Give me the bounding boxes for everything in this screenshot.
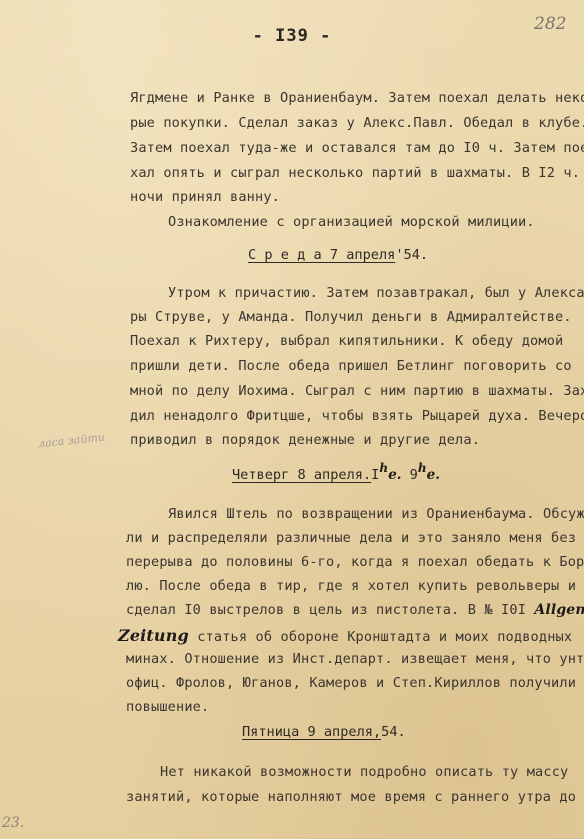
text-line: рые покупки. Сделал заказ у Алекс.Павл. … <box>130 115 584 131</box>
document-page: - I39 - 282 ласа зайти 23. Ягдмене и Ран… <box>0 0 584 839</box>
text-line: Нет никакой возможности подробно описать… <box>160 764 568 780</box>
text-line: повышение. <box>126 699 209 715</box>
text-line: Ягдмене и Ранке в Ораниенбаум. Затем пое… <box>130 90 584 106</box>
text-line: офиц. Фролов, Юганов, Камеров и Степ.Кир… <box>126 675 576 691</box>
text-line: Утром к причастию. Затем позавтракал, бы… <box>168 285 584 301</box>
handwritten-superscript: h <box>418 461 427 475</box>
text-line: Zeitung статья об обороне Кронштадта и м… <box>118 626 572 645</box>
text-line: сделал I0 выстрелов в цель из пистолета.… <box>126 602 584 618</box>
text-line: дил ненадолго Фритцше, чтобы взять Рыцар… <box>130 408 584 424</box>
entry-heading-thursday: Четверг 8 апреля. Ihe. 9he. <box>232 467 440 483</box>
handwritten-insert-allgem: Allgem- <box>534 602 584 618</box>
text-line: Ознакомление с организацией морской мили… <box>168 214 535 230</box>
margin-bleed-through-note: ласа зайти <box>38 431 106 451</box>
text-line: мной по делу Иохима. Сыграл с ним партию… <box>130 383 584 399</box>
corner-handwritten-note: 23. <box>2 815 24 831</box>
heading-time-2: 9 <box>401 467 417 483</box>
text-line: ночи принял ванну. <box>130 189 280 205</box>
text-line: лю. После обеда в тир, где я хотел купит… <box>126 578 576 594</box>
text-line: занятий, которые наполняют мое время с р… <box>126 789 576 805</box>
text-line: хал опять и сыграл несколько партий в ша… <box>130 165 580 181</box>
entry-heading-friday: Пятница 9 апреля, 54. <box>242 724 406 740</box>
heading-date: Четверг 8 апреля. <box>232 467 371 483</box>
text-line: Затем поехал туда-же и оставался там до … <box>130 140 584 156</box>
heading-date: С р е д а 7 апреля <box>248 247 395 263</box>
handwritten-superscript: h <box>379 461 388 475</box>
text-line: Поехал к Рихтеру, выбрал кипятильники. К… <box>130 333 563 349</box>
text-line: минах. Отношение из Инст.департ. извещае… <box>126 651 584 667</box>
page-number: - I39 - <box>0 26 584 46</box>
text-line: ли и распределяли различные дела и это з… <box>126 530 576 546</box>
heading-year: '54. <box>395 247 428 263</box>
heading-year: 54. <box>381 724 406 740</box>
handwritten-insert-zeitung: Zeitung <box>118 626 189 645</box>
entry-heading-wednesday: С р е д а 7 апреля '54. <box>248 247 428 263</box>
text-line: приводил в порядок денежные и другие дел… <box>130 432 480 448</box>
text-line: пришли дети. После обеда пришел Бетлинг … <box>130 358 572 374</box>
text-line: ры Струве, у Аманда. Получил деньги в Ад… <box>130 309 572 325</box>
text-line: Явился Штель по возвращении из Ораниенба… <box>168 506 584 522</box>
heading-date: Пятница 9 апреля, <box>242 724 381 740</box>
text-line: перерыва до половины 6-го, когда я поеха… <box>126 554 584 570</box>
handwritten-annotation: e. <box>427 467 440 483</box>
archive-folio-number: 282 <box>534 14 566 34</box>
handwritten-annotation: e. <box>388 467 401 483</box>
